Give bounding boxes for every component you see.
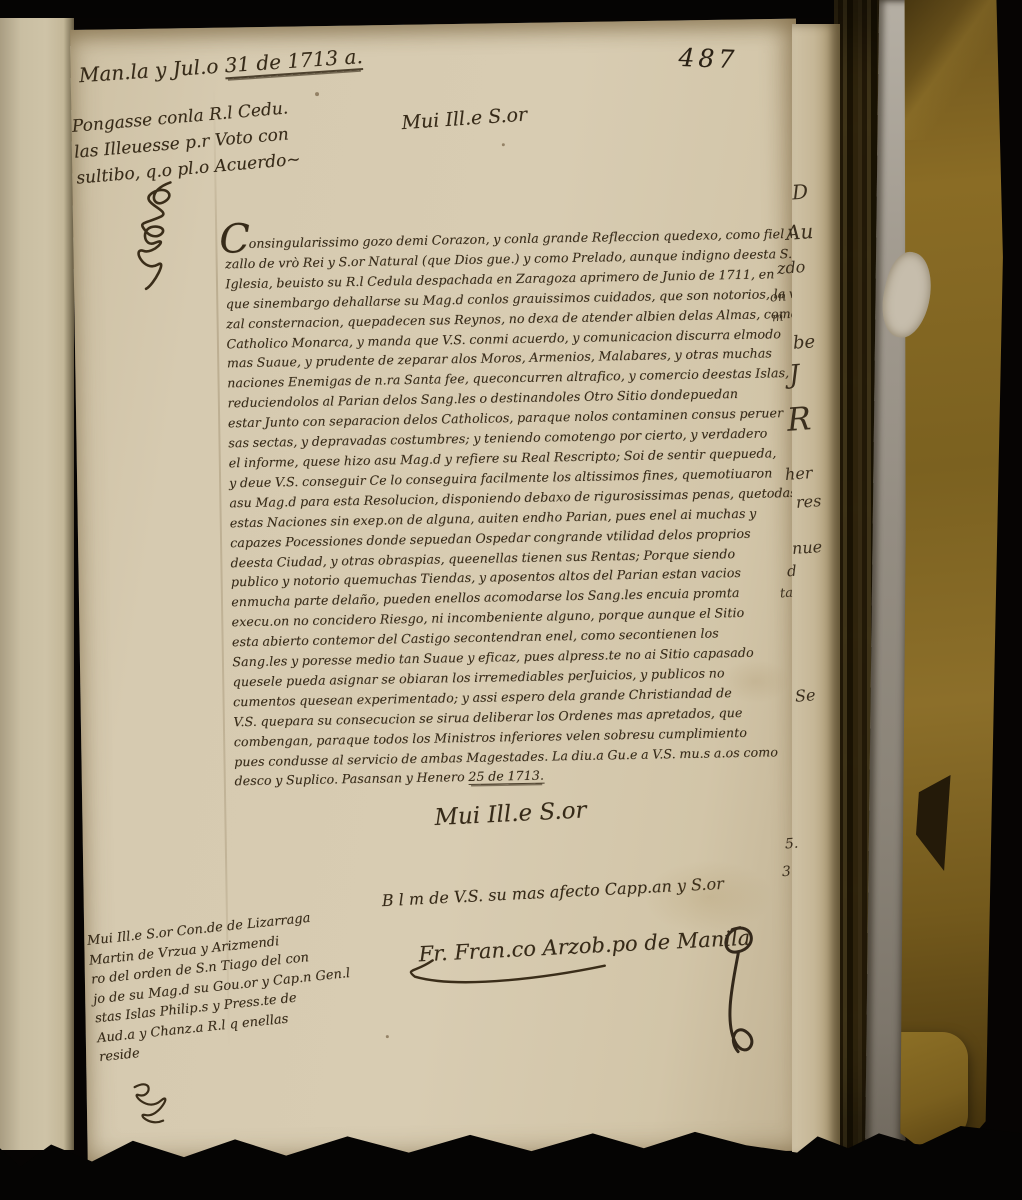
manuscript-page: 487 Man.la y Jul.o 31 de 1713 a. Pongass… — [70, 19, 814, 1162]
letter-body: onsingularissimo gozo demi Corazon, y co… — [225, 224, 819, 792]
manuscript-photo: 487 Man.la y Jul.o 31 de 1713 a. Pongass… — [0, 0, 1022, 1200]
rubric-flourish-icon — [112, 176, 206, 295]
courtesy-close: B l m de V.S. su mas afecto Capp.an y S.… — [381, 874, 724, 910]
binding-fold-shadow — [896, 0, 1004, 140]
facing-page-edge — [0, 18, 74, 1150]
margin-address: Mui Ill.e S.or Con.de de Lizarraga Marti… — [86, 905, 357, 1067]
signature-underline-swash — [403, 956, 614, 993]
salutation-top: Mui Ill.e S.or — [401, 104, 528, 134]
dateline-underlined: 25 de 1713. — [468, 768, 544, 785]
annotation-date-underlined: 31 de 1713 a. — [224, 44, 364, 79]
margin-rubric-icon — [128, 1074, 199, 1131]
fore-edge-strip — [792, 24, 840, 1158]
dateline-prefix: desco y Suplico. Pasansan y Henero — [234, 769, 468, 788]
annotation-date-prefix: Man.la y Jul.o — [78, 53, 225, 87]
ink-speck — [315, 92, 319, 96]
archival-date-annotation: Man.la y Jul.o 31 de 1713 a. — [78, 44, 363, 87]
ink-speck — [386, 1035, 389, 1038]
salutation-center: Mui Ill.e S.or — [434, 797, 587, 831]
signature-rubric-icon — [702, 919, 768, 1076]
top-background — [0, 0, 846, 18]
folio-number: 487 — [678, 43, 739, 74]
ink-speck — [502, 143, 505, 146]
parchment-binding — [896, 0, 1004, 1168]
binding-dark-notch — [916, 775, 952, 871]
